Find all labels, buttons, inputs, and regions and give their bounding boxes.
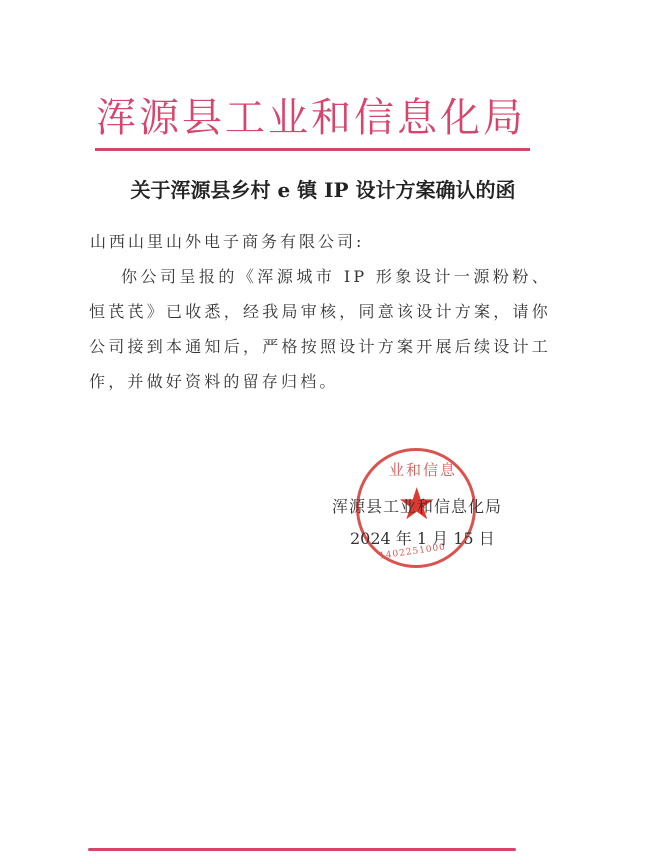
footer-divider xyxy=(88,848,516,851)
letter-body: 你公司呈报的《浑源城市 IP 形象设计一源粉粉、恒芪芪》已收悉，经我局审核，同意… xyxy=(89,259,551,399)
signature-org: 浑源县工业和信息化局 xyxy=(332,494,502,517)
seal-arc-text: 业和信息 xyxy=(389,459,457,480)
addressee: 山西山里山外电子商务有限公司: xyxy=(90,229,364,252)
signature-date: 2024 年 1 月 15 日 xyxy=(350,526,495,549)
document-title: 关于浑源县乡村 e 镇 IP 设计方案确认的函 xyxy=(0,174,646,203)
letterhead-title: 浑源县工业和信息化局 xyxy=(96,92,536,144)
letterhead-divider xyxy=(95,148,530,151)
